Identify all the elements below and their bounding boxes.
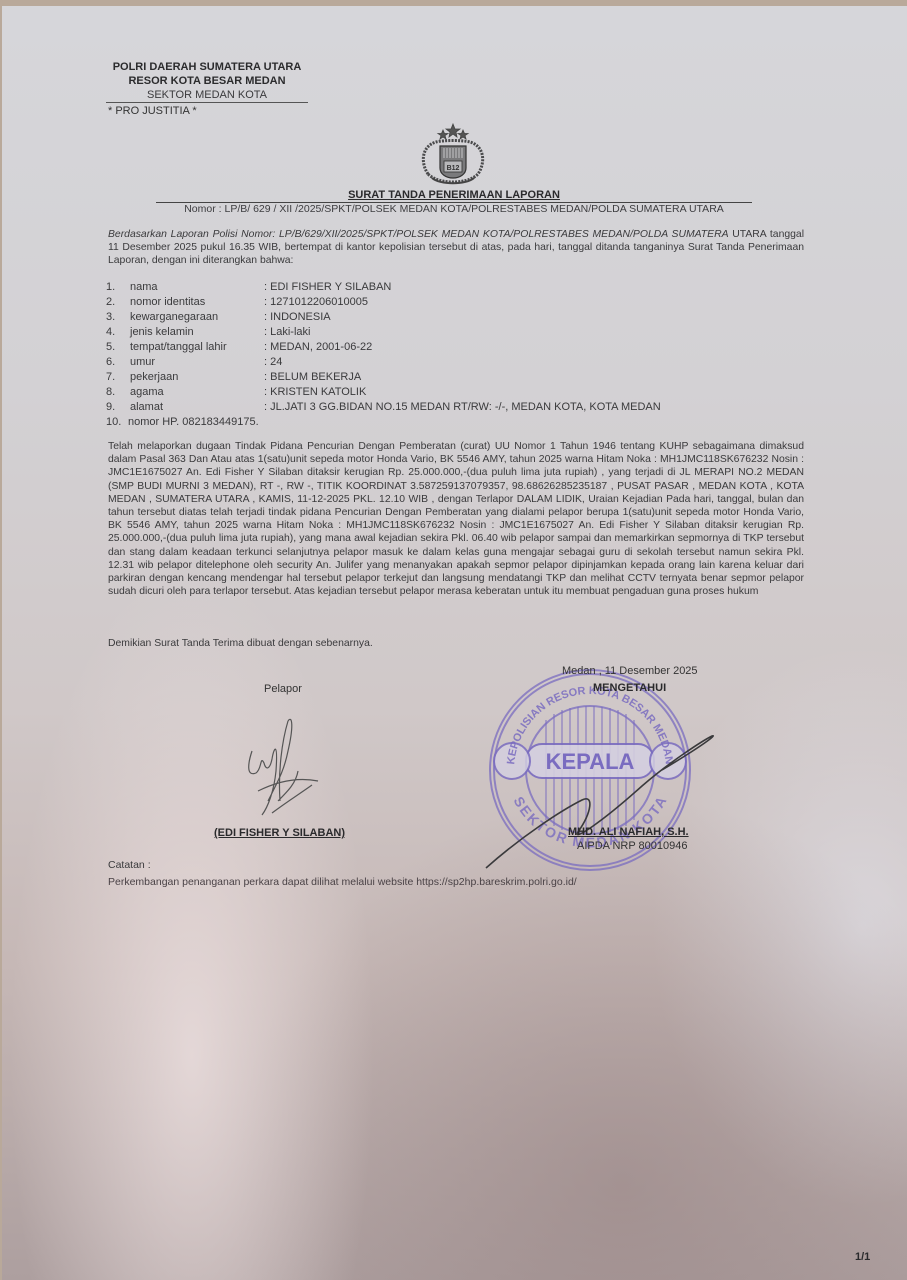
identity-num: 6. xyxy=(106,355,128,370)
identity-value: : Laki-laki xyxy=(264,325,310,340)
letterhead-line-1: POLRI DAERAH SUMATERA UTARA xyxy=(106,60,308,74)
officer-rank-nrp: AIPDA NRP 80010946 xyxy=(577,840,687,852)
identity-label: alamat xyxy=(130,400,163,415)
signing-date: Medan , 11 Desember 2025 xyxy=(562,665,698,677)
intro-italic: Berdasarkan Laporan Polisi Nomor: LP/B/6… xyxy=(108,229,729,240)
identity-value: : KRISTEN KATOLIK xyxy=(264,385,366,400)
identity-label: nomor identitas xyxy=(130,295,205,310)
identity-label: kewarganegaraan xyxy=(130,310,218,325)
identity-num: 1. xyxy=(106,280,128,295)
approver-title: MENGETAHUI xyxy=(593,682,666,694)
reporter-signature-icon xyxy=(238,711,348,821)
report-narrative: Telah melaporkan dugaan Tindak Pidana Pe… xyxy=(108,440,804,598)
identity-num: 8. xyxy=(106,385,128,400)
officer-signature-icon xyxy=(482,726,722,876)
letterhead-divider xyxy=(106,102,308,103)
identity-num: 5. xyxy=(106,340,128,355)
identity-num: 9. xyxy=(106,400,128,415)
identity-value: : BELUM BEKERJA xyxy=(264,370,361,385)
identity-num: 3. xyxy=(106,310,128,325)
identity-num: 4. xyxy=(106,325,128,340)
identity-num: 10. xyxy=(106,415,128,430)
identity-value: : JL.JATI 3 GG.BIDAN NO.15 MEDAN RT/RW: … xyxy=(264,400,661,415)
intro-paragraph: Berdasarkan Laporan Polisi Nomor: LP/B/6… xyxy=(108,228,804,268)
identity-num: 2. xyxy=(106,295,128,310)
identity-value: : 24 xyxy=(264,355,282,370)
identity-label: agama xyxy=(130,385,164,400)
officer-name: MHD. ALI NAFIAH, S.H. xyxy=(568,826,689,838)
identity-label: pekerjaan xyxy=(130,370,178,385)
svg-text:B12: B12 xyxy=(447,165,460,172)
identity-value: : 1271012206010005 xyxy=(264,295,368,310)
note-text: Perkembangan penanganan perkara dapat di… xyxy=(108,876,577,888)
identity-value: : INDONESIA xyxy=(264,310,331,325)
reporter-title: Pelapor xyxy=(264,683,302,695)
note-label: Catatan : xyxy=(108,859,151,871)
pro-justitia: * PRO JUSTITIA * xyxy=(108,105,197,117)
document-title: SURAT TANDA PENERIMAAN LAPORAN xyxy=(156,189,752,201)
report-number: Nomor : LP/B/ 629 / XII /2025/SPKT/POLSE… xyxy=(156,203,752,215)
closing-statement: Demikian Surat Tanda Terima dibuat denga… xyxy=(108,637,804,650)
identity-value: : MEDAN, 2001-06-22 xyxy=(264,340,372,355)
letterhead-line-3: SEKTOR MEDAN KOTA xyxy=(106,88,308,102)
identity-label: umur xyxy=(130,355,155,370)
identity-label: tempat/tanggal lahir xyxy=(130,340,227,355)
identity-label: nomor HP. 082183449175. xyxy=(128,415,259,430)
identity-num: 7. xyxy=(106,370,128,385)
police-crest-icon: B12 xyxy=(416,122,490,188)
page-number: 1/1 xyxy=(855,1251,870,1263)
reporter-name: (EDI FISHER Y SILABAN) xyxy=(214,827,345,839)
identity-value: : EDI FISHER Y SILABAN xyxy=(264,280,391,295)
identity-label: nama xyxy=(130,280,158,295)
letterhead-line-2: RESOR KOTA BESAR MEDAN xyxy=(106,74,308,88)
identity-label: jenis kelamin xyxy=(130,325,194,340)
document-page: POLRI DAERAH SUMATERA UTARA RESOR KOTA B… xyxy=(2,6,907,1280)
letterhead: POLRI DAERAH SUMATERA UTARA RESOR KOTA B… xyxy=(106,60,308,102)
